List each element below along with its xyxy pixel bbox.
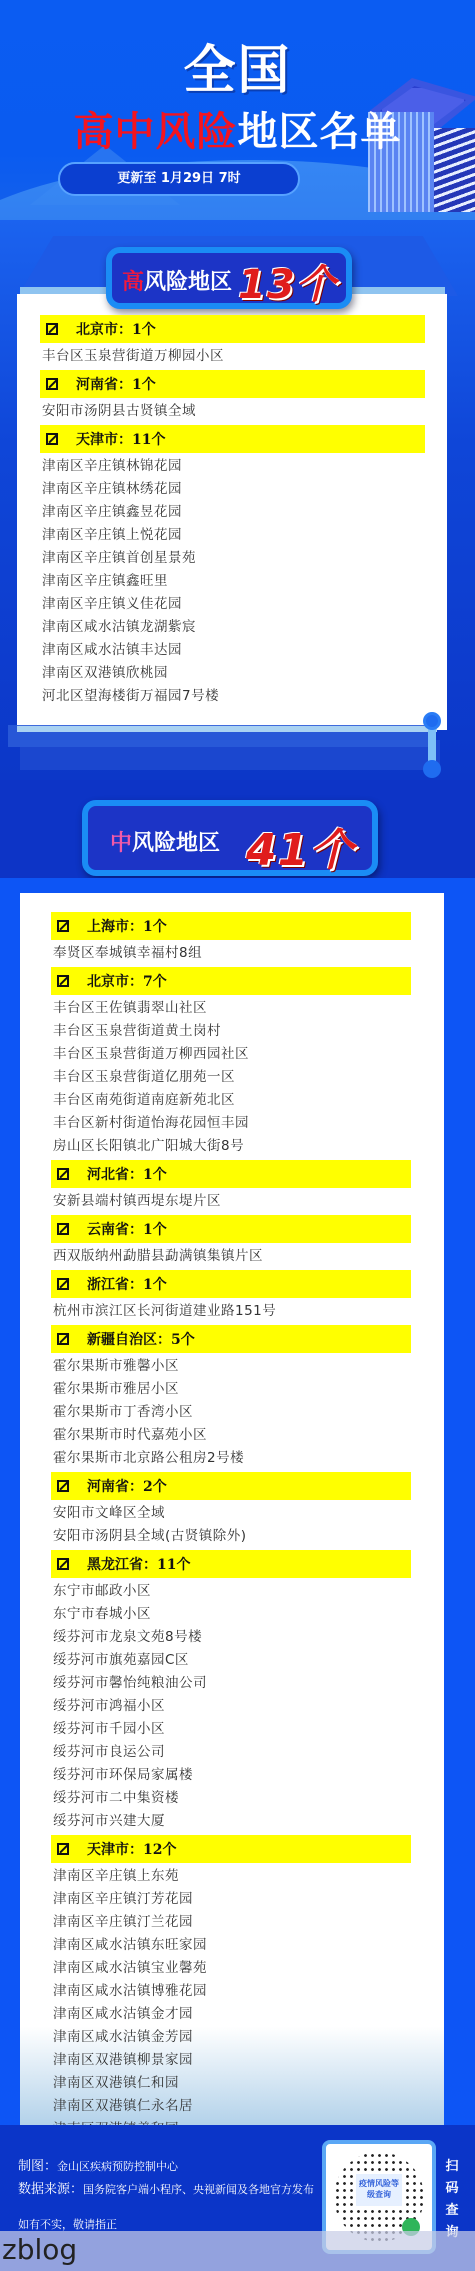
- checkbox-checked-icon: [57, 1558, 69, 1570]
- area-item: 丰台区南苑街道南庭新苑北区: [51, 1089, 411, 1112]
- province-header: 北京市：7个: [51, 967, 411, 995]
- province-header: 河南省：1个: [40, 370, 425, 398]
- area-item: 杭州市滨江区长河街道建业路151号: [51, 1300, 411, 1323]
- area-item: 津南区辛庄镇义佳花园: [40, 593, 425, 616]
- area-item: 东宁市春城小区: [51, 1603, 411, 1626]
- province-name: 新疆自治区：5个: [87, 1329, 195, 1349]
- area-item: 津南区双港镇仁和园: [51, 2072, 411, 2095]
- area-item: 津南区咸水沽镇龙湖紫宸: [40, 616, 425, 639]
- credit-line: 制图：金山区疾病预防控制中心: [18, 2155, 178, 2174]
- checkbox-checked-icon: [46, 378, 58, 390]
- area-item: 霍尔果斯市丁香湾小区: [51, 1401, 411, 1424]
- high-risk-label: 高风险地区: [122, 265, 232, 296]
- province-name: 河北省：1个: [87, 1164, 167, 1184]
- province-name: 云南省：1个: [87, 1219, 167, 1239]
- area-item: 津南区咸水沽镇博雅花园: [51, 1980, 411, 2003]
- checkbox-checked-icon: [46, 323, 58, 335]
- province-name: 河南省：2个: [87, 1476, 167, 1496]
- area-item: 绥芬河市兴建大厦: [51, 1810, 411, 1833]
- high-risk-list: 北京市：1个丰台区玉泉营街道万柳园小区河南省：1个安阳市汤阴县古贤镇全域天津市：…: [40, 315, 425, 708]
- area-item: 绥芬河市环保局家属楼: [51, 1764, 411, 1787]
- disclaimer: 如有不实，敬请指正: [18, 2216, 117, 2232]
- area-item: 津南区辛庄镇鑫昱花园: [40, 501, 425, 524]
- checkbox-checked-icon: [57, 1278, 69, 1290]
- area-item: 丰台区新村街道怡海花园恒丰园: [51, 1112, 411, 1135]
- area-item: 绥芬河市馨怡纯粮油公司: [51, 1672, 411, 1695]
- area-item: 津南区辛庄镇林绣花园: [40, 478, 425, 501]
- area-item: 津南区咸水沽镇丰达园: [40, 639, 425, 662]
- subtitle-white-part: 地区名单: [238, 109, 402, 155]
- province-name: 浙江省：1个: [87, 1274, 167, 1294]
- province-header: 黑龙江省：11个: [51, 1550, 411, 1578]
- checkbox-checked-icon: [46, 433, 58, 445]
- area-item: 津南区辛庄镇汀芳花园: [51, 1888, 411, 1911]
- checkbox-checked-icon: [57, 1480, 69, 1492]
- checkbox-checked-icon: [57, 1843, 69, 1855]
- province-name: 北京市：1个: [76, 319, 156, 339]
- area-item: 津南区辛庄镇首创星景苑: [40, 547, 425, 570]
- page-title: 全国: [0, 28, 475, 103]
- area-item: 丰台区玉泉营街道亿朋苑一区: [51, 1066, 411, 1089]
- medium-risk-list: 上海市：1个奉贤区奉城镇幸福村8组北京市：7个丰台区王佐镇翡翠山社区丰台区玉泉营…: [51, 912, 411, 2141]
- province-header: 云南省：1个: [51, 1215, 411, 1243]
- medium-risk-count: 41个: [246, 814, 354, 878]
- area-item: 丰台区玉泉营街道万柳园小区: [40, 345, 425, 368]
- area-item: 绥芬河市良运公司: [51, 1741, 411, 1764]
- header: 全国 高中风险地区名单 更新至 1月29日 7时: [0, 0, 475, 255]
- province-header: 天津市：11个: [40, 425, 425, 453]
- checkbox-checked-icon: [57, 920, 69, 932]
- watermark: zblog: [0, 2231, 475, 2271]
- area-item: 津南区辛庄镇汀兰花园: [51, 1911, 411, 1934]
- high-risk-count: 13个: [238, 253, 337, 310]
- area-item: 绥芬河市旗苑嘉园C区: [51, 1649, 411, 1672]
- poster: 全国 高中风险地区名单 更新至 1月29日 7时 高风险地区 13个 北京市：1…: [0, 0, 475, 2271]
- scroll-rail-bottom: [17, 726, 437, 732]
- province-name: 黑龙江省：11个: [87, 1554, 190, 1574]
- province-name: 河南省：1个: [76, 374, 156, 394]
- province-name: 北京市：7个: [87, 971, 167, 991]
- area-item: 房山区长阳镇北广阳城大街8号: [51, 1135, 411, 1158]
- area-item: 安阳市文峰区全域: [51, 1502, 411, 1525]
- area-item: 津南区辛庄镇鑫旺里: [40, 570, 425, 593]
- province-name: 天津市：11个: [76, 429, 165, 449]
- area-item: 丰台区玉泉营街道黄土岗村: [51, 1020, 411, 1043]
- scroll-knob-icon: [423, 760, 441, 778]
- area-item: 西双版纳州勐腊县勐满镇集镇片区: [51, 1245, 411, 1268]
- area-item: 河北区望海楼街万福园7号楼: [40, 685, 425, 708]
- area-item: 津南区咸水沽镇东旺家园: [51, 1934, 411, 1957]
- province-header: 上海市：1个: [51, 912, 411, 940]
- area-item: 绥芬河市二中集资楼: [51, 1787, 411, 1810]
- area-item: 安阳市汤阴县全域(古贤镇除外): [51, 1525, 411, 1548]
- province-header: 北京市：1个: [40, 315, 425, 343]
- subtitle-red-part: 高中风险: [74, 109, 238, 155]
- high-risk-title: 高风险地区 13个: [106, 247, 352, 309]
- area-item: 绥芬河市千园小区: [51, 1718, 411, 1741]
- scroll-knob-icon: [423, 712, 441, 730]
- area-item: 霍尔果斯市北京路公租房2号楼: [51, 1447, 411, 1470]
- checkbox-checked-icon: [57, 1333, 69, 1345]
- province-header: 浙江省：1个: [51, 1270, 411, 1298]
- area-item: 东宁市邮政小区: [51, 1580, 411, 1603]
- area-item: 绥芬河市鸿福小区: [51, 1695, 411, 1718]
- medium-risk-title: 中风险地区 41个: [82, 800, 378, 876]
- area-item: 津南区咸水沽镇金芳园: [51, 2026, 411, 2049]
- province-header: 河北省：1个: [51, 1160, 411, 1188]
- area-item: 津南区双港镇欣桃园: [40, 662, 425, 685]
- province-name: 天津市：12个: [87, 1839, 176, 1859]
- area-item: 津南区双港镇柳景家园: [51, 2049, 411, 2072]
- area-item: 津南区辛庄镇上东苑: [51, 1865, 411, 1888]
- area-item: 丰台区玉泉营街道万柳西园社区: [51, 1043, 411, 1066]
- checkbox-checked-icon: [57, 1168, 69, 1180]
- source-line: 数据来源：国务院客户端小程序、央视新闻及各地官方发布: [18, 2178, 314, 2197]
- province-header: 河南省：2个: [51, 1472, 411, 1500]
- area-item: 津南区辛庄镇上悦花园: [40, 524, 425, 547]
- area-item: 绥芬河市龙泉文苑8号楼: [51, 1626, 411, 1649]
- province-name: 上海市：1个: [87, 916, 167, 936]
- update-time-badge: 更新至 1月29日 7时: [58, 162, 300, 196]
- area-item: 安新县端村镇西堤东堤片区: [51, 1190, 411, 1213]
- area-item: 霍尔果斯市时代嘉苑小区: [51, 1424, 411, 1447]
- province-header: 新疆自治区：5个: [51, 1325, 411, 1353]
- area-item: 津南区咸水沽镇宝业馨苑: [51, 1957, 411, 1980]
- area-item: 丰台区王佐镇翡翠山社区: [51, 997, 411, 1020]
- area-item: 安阳市汤阴县古贤镇全域: [40, 400, 425, 423]
- area-item: 津南区双港镇仁永名居: [51, 2095, 411, 2118]
- area-item: 津南区辛庄镇林锦花园: [40, 455, 425, 478]
- checkbox-checked-icon: [57, 1223, 69, 1235]
- medium-risk-label: 中风险地区: [110, 826, 220, 857]
- province-header: 天津市：12个: [51, 1835, 411, 1863]
- area-item: 霍尔果斯市雅居小区: [51, 1378, 411, 1401]
- page-subtitle: 高中风险地区名单: [0, 100, 475, 157]
- area-item: 霍尔果斯市雅馨小区: [51, 1355, 411, 1378]
- area-item: 奉贤区奉城镇幸福村8组: [51, 942, 411, 965]
- qr-center-label: 疫情风险等级查询: [356, 2174, 402, 2206]
- checkbox-checked-icon: [57, 975, 69, 987]
- area-item: 津南区咸水沽镇金才园: [51, 2003, 411, 2026]
